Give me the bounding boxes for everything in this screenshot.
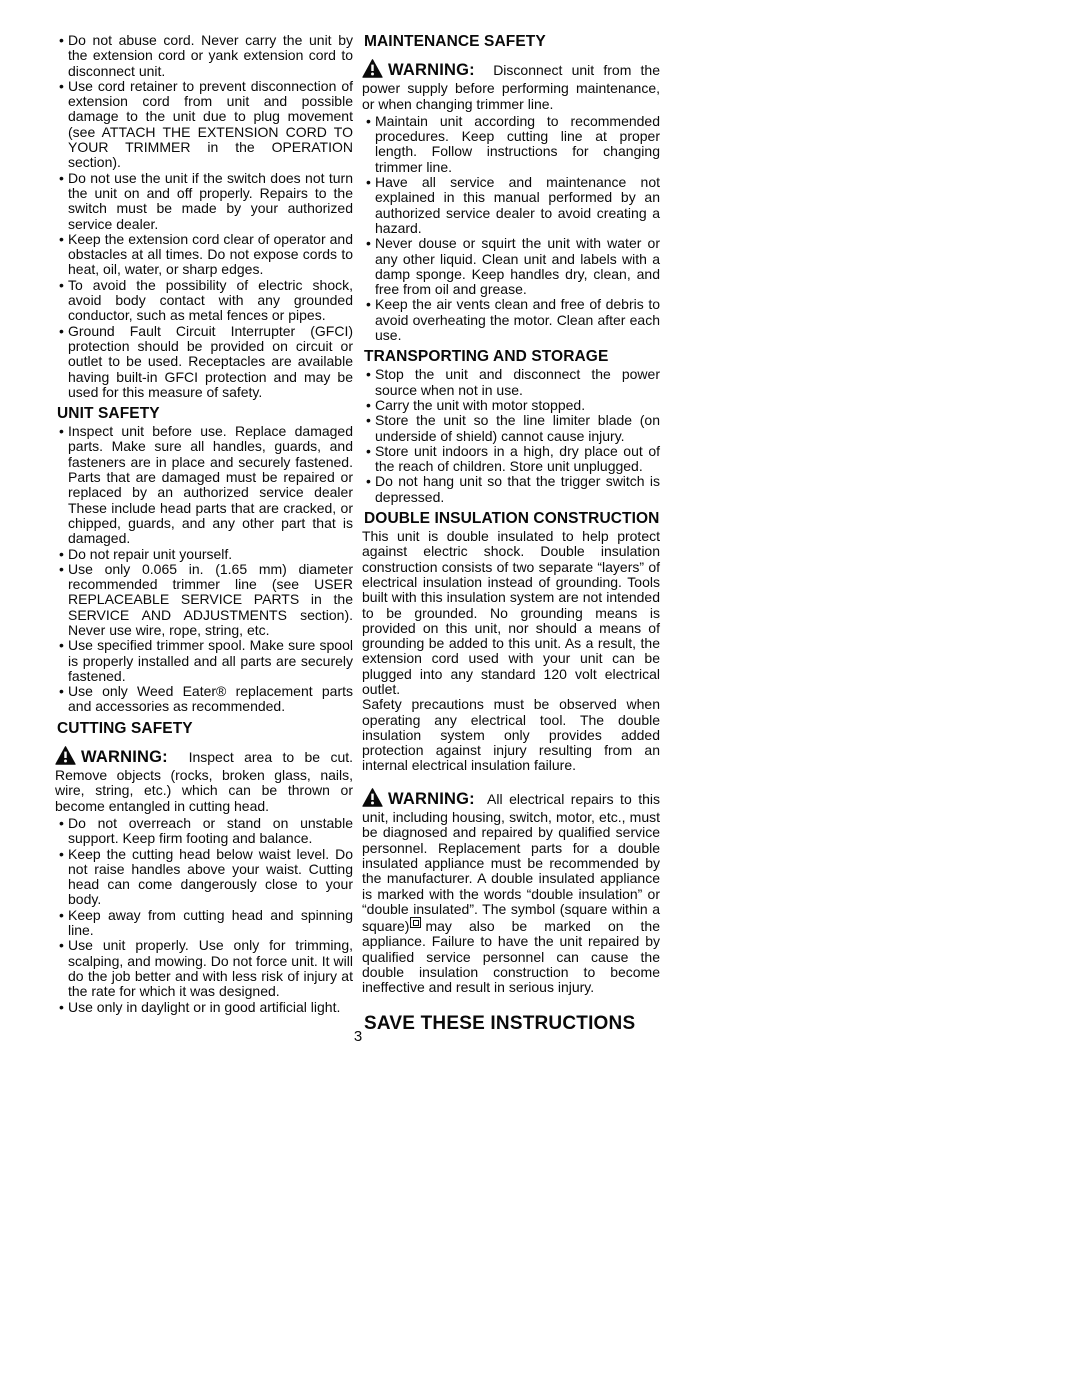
bullet-marker: • — [362, 474, 375, 489]
unit-safety-bullets: •Inspect unit before use. Replace damage… — [55, 424, 353, 715]
bullet-text: Do not repair unit yourself. — [68, 547, 353, 562]
bullet-text: Do not hang unit so that the trigger swi… — [375, 474, 660, 505]
bullet-marker: • — [362, 114, 375, 129]
bullet-item: •Do not hang unit so that the trigger sw… — [362, 474, 660, 505]
bullet-marker: • — [55, 232, 68, 247]
page-number: 3 — [55, 1028, 661, 1045]
bullet-text: Keep away from cutting head and spinning… — [68, 908, 353, 939]
bullet-item: •Never douse or squirt the unit with wat… — [362, 236, 660, 297]
manual-page: •Do not abuse cord. Never carry the unit… — [0, 0, 1080, 1397]
bullet-text: Use only Weed Eater® replacement parts a… — [68, 684, 353, 715]
bullet-item: •Use only in daylight or in good artific… — [55, 1000, 353, 1015]
right-column: MAINTENANCE SAFETY WARNING: Disconnect u… — [362, 33, 660, 1031]
section-heading-maintenance-safety: MAINTENANCE SAFETY — [364, 33, 660, 50]
bullet-item: •Keep the cutting head below waist level… — [55, 847, 353, 908]
cutting-safety-bullets: •Do not overreach or stand on unstable s… — [55, 816, 353, 1015]
warning-triangle-icon — [55, 746, 76, 768]
bullet-item: •Have all service and maintenance not ex… — [362, 175, 660, 236]
page-content: •Do not abuse cord. Never carry the unit… — [55, 33, 661, 1031]
bullet-text: Store unit indoors in a high, dry place … — [375, 444, 660, 475]
double-insulation-square-icon — [410, 917, 421, 928]
bullet-item: •Use specified trimmer spool. Make sure … — [55, 638, 353, 684]
bullet-item: •Maintain unit according to recommended … — [362, 114, 660, 175]
bullet-text: Stop the unit and disconnect the power s… — [375, 367, 660, 398]
bullet-text: Use specified trimmer spool. Make sure s… — [68, 638, 353, 684]
bullet-text: Ground Fault Circuit Interrupter (GFCI) … — [68, 324, 353, 400]
warning-triangle-icon — [362, 59, 383, 81]
bullet-marker: • — [55, 938, 68, 953]
bullet-item: •Keep the air vents clean and free of de… — [362, 297, 660, 343]
section-heading-double-insulation: DOUBLE INSULATION CONSTRUCTION — [364, 510, 660, 527]
left-column: •Do not abuse cord. Never carry the unit… — [55, 33, 353, 1031]
bullet-marker: • — [362, 367, 375, 382]
bullet-text: Maintain unit according to recommended p… — [375, 114, 660, 175]
maintenance-safety-warning: WARNING: Disconnect unit from the power … — [362, 59, 660, 112]
warning-label: WARNING: — [388, 61, 475, 79]
bullet-text: Use cord retainer to prevent disconnecti… — [68, 79, 353, 171]
bullet-item: •Store the unit so the line limiter blad… — [362, 413, 660, 444]
double-insulation-paragraph: This unit is double insulated to help pr… — [362, 529, 660, 697]
bullet-item: •Stop the unit and disconnect the power … — [362, 367, 660, 398]
bullet-marker: • — [55, 908, 68, 923]
bullet-marker: • — [55, 638, 68, 653]
section-heading-unit-safety: UNIT SAFETY — [57, 405, 353, 422]
bullet-text: Keep the air vents clean and free of deb… — [375, 297, 660, 343]
bullet-marker: • — [362, 398, 375, 413]
bullet-marker: • — [55, 547, 68, 562]
electrical-repairs-warning: WARNING: All electrical repairs to this … — [362, 788, 660, 996]
bullet-text: Have all service and maintenance not exp… — [375, 175, 660, 236]
warning-text: All electrical repairs to this unit, inc… — [362, 791, 660, 934]
bullet-text: Do not overreach or stand on unstable su… — [68, 816, 353, 847]
bullet-text: Inspect unit before use. Replace damaged… — [68, 424, 353, 546]
bullet-marker: • — [362, 413, 375, 428]
bullet-text: Use only in daylight or in good artifici… — [68, 1000, 353, 1015]
bullet-item: •Inspect unit before use. Replace damage… — [55, 424, 353, 546]
bullet-item: •Keep the extension cord clear of operat… — [55, 232, 353, 278]
warning-label: WARNING: — [388, 790, 475, 808]
bullet-text: Use unit properly. Use only for trimming… — [68, 938, 353, 999]
bullet-text: Use only 0.065 in. (1.65 mm) diameter re… — [68, 562, 353, 638]
transporting-bullets: •Stop the unit and disconnect the power … — [362, 367, 660, 505]
bullet-item: •Store unit indoors in a high, dry place… — [362, 444, 660, 475]
bullet-text: Keep the extension cord clear of operato… — [68, 232, 353, 278]
bullet-marker: • — [55, 847, 68, 862]
bullet-marker: • — [362, 236, 375, 251]
bullet-marker: • — [55, 324, 68, 339]
bullet-marker: • — [362, 297, 375, 312]
bullet-item: •Do not use the unit if the switch does … — [55, 171, 353, 232]
bullet-text: Keep the cutting head below waist level.… — [68, 847, 353, 908]
bullet-marker: • — [362, 175, 375, 190]
section-heading-transporting: TRANSPORTING AND STORAGE — [364, 348, 660, 365]
bullet-marker: • — [55, 79, 68, 94]
bullet-item: •Use unit properly. Use only for trimmin… — [55, 938, 353, 999]
bullet-marker: • — [55, 33, 68, 48]
section-heading-cutting-safety: CUTTING SAFETY — [57, 720, 353, 737]
bullet-marker: • — [55, 171, 68, 186]
bullet-text: Store the unit so the line limiter blade… — [375, 413, 660, 444]
bullet-item: •Do not repair unit yourself. — [55, 547, 353, 562]
bullet-item: •Use cord retainer to prevent disconnect… — [55, 79, 353, 171]
warning-label: WARNING: — [81, 748, 168, 766]
bullet-item: •Use only Weed Eater® replacement parts … — [55, 684, 353, 715]
bullet-marker: • — [55, 1000, 68, 1015]
bullet-marker: • — [55, 816, 68, 831]
double-insulation-paragraph: Safety precautions must be observed when… — [362, 697, 660, 773]
cutting-safety-warning: WARNING: Inspect area to be cut. Remove … — [55, 746, 353, 814]
bullet-text: Never douse or squirt the unit with wate… — [375, 236, 660, 297]
electrical-safety-bullets: •Do not abuse cord. Never carry the unit… — [55, 33, 353, 400]
bullet-item: •Use only 0.065 in. (1.65 mm) diameter r… — [55, 562, 353, 638]
bullet-marker: • — [55, 684, 68, 699]
bullet-marker: • — [362, 444, 375, 459]
bullet-marker: • — [55, 562, 68, 577]
bullet-item: •Ground Fault Circuit Interrupter (GFCI)… — [55, 324, 353, 400]
bullet-item: •Keep away from cutting head and spinnin… — [55, 908, 353, 939]
bullet-marker: • — [55, 278, 68, 293]
warning-triangle-icon — [362, 788, 383, 810]
bullet-item: •To avoid the possibility of electric sh… — [55, 278, 353, 324]
bullet-text: Carry the unit with motor stopped. — [375, 398, 660, 413]
bullet-item: •Carry the unit with motor stopped. — [362, 398, 660, 413]
bullet-text: Do not abuse cord. Never carry the unit … — [68, 33, 353, 79]
bullet-text: To avoid the possibility of electric sho… — [68, 278, 353, 324]
maintenance-safety-bullets: •Maintain unit according to recommended … — [362, 114, 660, 343]
bullet-text: Do not use the unit if the switch does n… — [68, 171, 353, 232]
bullet-item: •Do not abuse cord. Never carry the unit… — [55, 33, 353, 79]
bullet-item: •Do not overreach or stand on unstable s… — [55, 816, 353, 847]
bullet-marker: • — [55, 424, 68, 439]
